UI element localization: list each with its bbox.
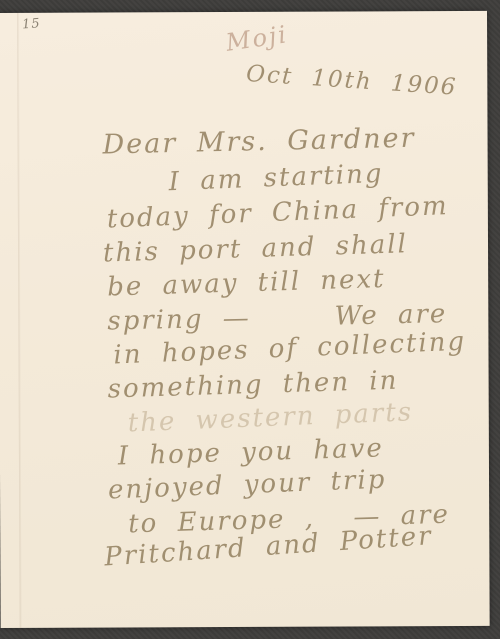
letter-line: today for China from [106, 191, 449, 234]
letter-line: this port and shall [103, 229, 409, 268]
letter-scan-background: 15 Moji Oct 10th 1906 Dear Mrs. Gardner … [0, 0, 500, 639]
page-number-annotation: 15 [22, 16, 42, 32]
letter-line: the western parts [127, 397, 413, 438]
letter-salutation: Dear Mrs. Gardner [102, 124, 416, 161]
letter-place: Moji [224, 19, 290, 58]
letter-page: 15 Moji Oct 10th 1906 Dear Mrs. Gardner … [0, 11, 490, 628]
letter-line: enjoyed your trip [107, 465, 386, 506]
letter-line: I am starting [168, 159, 384, 197]
paper-crease-line [17, 13, 22, 628]
letter-line: be away till next [107, 264, 386, 302]
letter-date: Oct 10th 1906 [245, 59, 458, 103]
